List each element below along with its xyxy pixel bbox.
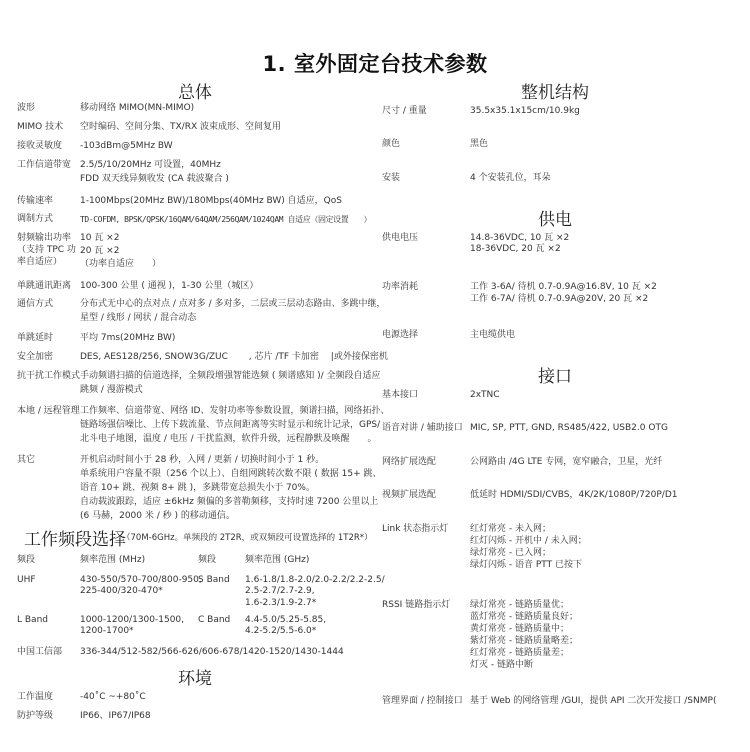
- spec-value: 语音 10+ 跳、视频 8+ 跳 )，多跳带宽总损失小于 70%。: [80, 481, 315, 496]
- spec-value: TD-COFDM, BPSK/QPSK/16QAM/64QAM/256QAM/1…: [80, 212, 371, 227]
- spec-value: 开机启动时间小于 28 秒，入网 / 更新 / 切换时间小于 1 秒。: [80, 453, 324, 468]
- spec-value: 主电缆供电: [470, 328, 515, 343]
- band-range: 1200-1700*: [80, 624, 134, 639]
- column-header: 频率范围 (MHz): [80, 553, 145, 568]
- spec-label: 安全加密: [17, 350, 53, 365]
- spec-label: 工作信道带宽: [17, 158, 71, 173]
- spec-value: 工作频率、信道带宽、网络 ID、发射功率等参数设置，频谱扫描，网络拓扑、: [80, 404, 389, 419]
- section-heading-general: 总体: [130, 78, 260, 103]
- spec-label: 防护等级: [17, 709, 53, 724]
- spec-value: 空时编码、空间分集、TX/RX 波束成形、空间复用: [80, 120, 281, 135]
- spec-label: 基本接口: [382, 388, 418, 403]
- spec-label: 尺寸 / 重量: [382, 104, 427, 119]
- column-header: 频段: [198, 553, 216, 568]
- spec-label: 通信方式: [17, 297, 53, 312]
- spec-label: 单跳通讯距离: [17, 279, 71, 294]
- spec-value: 北斗电子地图，温度 / 电压 / 干扰监测，软件升级，远程静默及唤醒 。: [80, 432, 377, 447]
- spec-value: DES, AES128/256, SNOW3G/ZUC , 芯片 /TF 卡加密…: [80, 350, 388, 365]
- spec-value: 100-300 公里 ( 通视 )，1-30 公里（城区）: [80, 279, 258, 294]
- spec-value: 绿灯闪烁 - 语音 PTT 已按下: [470, 558, 582, 573]
- spec-label: 网络扩展选配: [382, 455, 436, 470]
- spec-value: 1-100Mbps(20MHz BW)/180Mbps(40MHz BW) 自适…: [80, 194, 342, 209]
- band-name: S Band: [198, 573, 230, 588]
- band-range: 4.2-5.2/5.5-6.0*: [245, 624, 316, 639]
- column-header: 频段: [17, 553, 35, 568]
- spec-value: FDD 双天线异频收发 (CA 载波聚合 ): [80, 172, 229, 187]
- spec-label: 语音对讲 / 辅助接口: [382, 421, 463, 436]
- spec-value: -40˚C ~+80˚C: [80, 690, 146, 705]
- spec-label: 工作温度: [17, 690, 53, 705]
- spec-value: 4 个安装孔位，耳朵: [470, 171, 551, 186]
- section-heading-structure: 整机结构: [490, 78, 620, 103]
- bands-note: （70M-6GHz。单频段的 2T2R，或双频段可设置选择的 1T2R*）: [122, 531, 373, 543]
- spec-value: 黑色: [470, 137, 488, 152]
- spec-value: 平均 7ms(20MHz BW): [80, 331, 175, 346]
- spec-value: (6 马赫，2000 米 / 秒 ) 的移动通信。: [80, 509, 235, 524]
- section-heading-bands: 工作频段选择: [24, 525, 126, 550]
- spec-value: 18-36VDC, 20 瓦 ×2: [470, 242, 561, 257]
- spec-value: 跳频 / 漫游模式: [80, 383, 143, 398]
- spec-label: 本地 / 远程管理: [17, 404, 80, 419]
- spec-value: 星型 / 线形 / 网状 / 混合动态: [80, 311, 196, 326]
- spec-value: 公网路由 /4G LTE 专网，宽窄融合，卫星，光纤: [470, 455, 662, 470]
- spec-value: （功率自适应 ）: [80, 257, 161, 272]
- spec-label: 传输速率: [17, 194, 53, 209]
- spec-label: 波形: [17, 101, 35, 116]
- band-name: UHF: [17, 573, 36, 588]
- spec-label: 功率消耗: [382, 280, 418, 295]
- spec-value: 自动载波跟踪，适应 ±6kHz 频偏的多普勒频移，支持时速 7200 公里以上: [80, 495, 378, 510]
- spec-value: 分布式无中心的点对点 / 点对多 / 多对多，二层或三层动态路由、多跳中继，: [80, 297, 386, 312]
- spec-value: IP66、IP67/IP68: [80, 709, 151, 724]
- spec-label: 电源选择: [382, 328, 418, 343]
- band-range: 336-344/512-582/566-626/606-678/1420-152…: [80, 645, 344, 660]
- band-name: L Band: [17, 613, 48, 628]
- band-name: C Band: [198, 613, 230, 628]
- spec-value: 低延时 HDMI/SDI/CVBS，4K/2K/1080P/720P/D1: [470, 488, 678, 503]
- spec-label: 单跳延时: [17, 331, 53, 346]
- spec-label: 其它: [17, 453, 35, 468]
- spec-value: 2.5/5/10/20MHz 可设置，40MHz: [80, 158, 221, 173]
- spec-label: 调制方式: [17, 212, 53, 227]
- spec-value: 35.5x35.1x15cm/10.9kg: [470, 104, 580, 119]
- spec-value: 移动网络 MIMO(MN-MIMO): [80, 101, 194, 116]
- spec-value: 2xTNC: [470, 388, 500, 403]
- spec-value: 基于 Web 的网络管理 /GUI，提供 API 二次开发接口 /SNMP(: [470, 694, 716, 709]
- spec-label: 抗干扰工作模式: [17, 369, 80, 384]
- spec-label: MIMO 技术: [17, 120, 63, 135]
- section-heading-power: 供电: [510, 205, 600, 230]
- spec-label: 安装: [382, 171, 400, 186]
- section-heading-environment: 环境: [150, 664, 240, 689]
- spec-label: 供电电压: [382, 231, 418, 246]
- spec-value: 链路场强信噪比、上传下载流量、节点间距离等实时显示和统计记录，GPS/: [80, 418, 380, 433]
- spec-value: -103dBm@5MHz BW: [80, 139, 173, 154]
- spec-value: 灯灭 - 链路中断: [470, 658, 533, 673]
- spec-label: 接收灵敏度: [17, 139, 62, 154]
- column-header: 频率范围 (GHz): [245, 553, 309, 568]
- spec-label: RSSI 链路指示灯: [382, 598, 450, 613]
- section-heading-interfaces: 接口: [510, 362, 600, 387]
- band-range: 1.6-2.3/1.9-2.7*: [245, 596, 316, 611]
- spec-value: 工作 6-7A/ 待机 0.7-0.9A@20V, 20 瓦 ×2: [470, 292, 648, 307]
- spec-label: 视频扩展选配: [382, 488, 436, 503]
- spec-label: 颜色: [382, 137, 400, 152]
- spec-value: MIC, SP, PTT, GND, RS485/422, USB2.0 OTG: [470, 421, 668, 436]
- spec-value: 手动频谱扫描的信道选择，全频段增强智能选频 ( 频谱感知 )/ 全频段自适应: [80, 369, 381, 384]
- spec-label: Link 状态指示灯: [382, 522, 448, 537]
- page-title: 1. 室外固定台技术参数: [0, 48, 750, 78]
- spec-label: 管理界面 / 控制接口: [382, 694, 463, 709]
- spec-label: 率自适应）: [17, 255, 62, 270]
- band-range: 225-400/320-470*: [80, 584, 163, 599]
- spec-value: 单系统用户容量不限（256 个以上）、自组网跳转次数不限 ( 数据 15+ 跳、: [80, 467, 382, 482]
- band-name: 中国工信部: [17, 645, 62, 660]
